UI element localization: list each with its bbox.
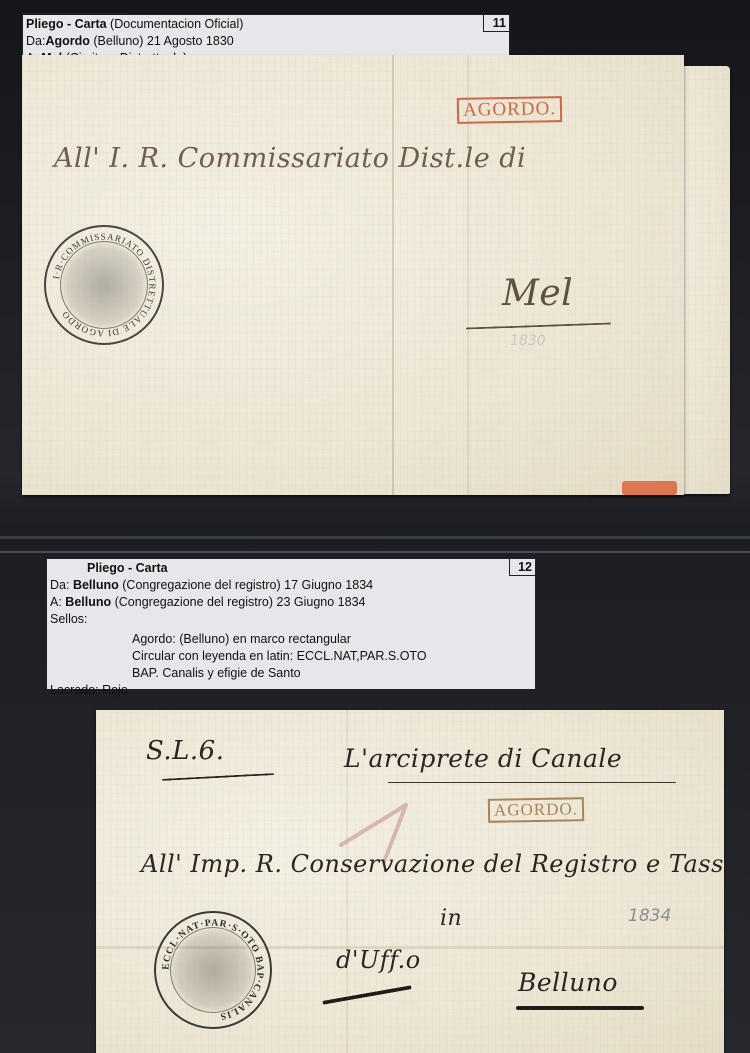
to-place: Belluno [65,595,111,609]
destination: Belluno [518,968,618,997]
from-prefix: Da: [26,34,45,48]
office-underline [322,985,411,1005]
sellos-heading: Sellos: [47,611,535,628]
letter-11: AGORDO. All' I. R. Commissariato Dist.le… [22,55,684,495]
top-left-note: S.L.6. [146,736,225,766]
svg-text:ECCL·NAT·PAR·S·OTO BAP·CANALIS: ECCL·NAT·PAR·S·OTO BAP·CANALIS [160,917,265,1022]
letter-12: S.L.6. L'arciprete di Canale AGORDO. All… [96,710,724,1053]
item-label-12: 12 Pliego - Carta Da: Belluno (Congregaz… [46,558,536,690]
destination: Mel [502,273,573,314]
red-wax-seal-remnant [622,481,677,495]
item-number: 11 [483,15,509,32]
in-word: in [440,906,462,931]
agordo-box-postmark: AGORDO. [488,797,584,823]
sello-item: Circular con leyenda en latin: ECCL.NAT,… [47,648,535,665]
album-strip-divider [0,551,750,553]
sello-item: Agordo: (Belluno) en marco rectangular [47,631,535,648]
svg-text:I·R·COMMISSARIATO DISTRETTUALE: I·R·COMMISSARIATO DISTRETTUALE DI AGORDO [51,232,158,339]
pencil-year: 1834 [628,906,671,926]
from-prefix: Da: [50,578,73,592]
from-detail: (Congregazione del registro) 17 Giugno 1… [119,578,373,592]
from-detail: (Belluno) 21 Agosto 1830 [90,34,234,48]
label-title: Pliego - Carta [87,561,168,575]
seal-legend: I·R·COMMISSARIATO DISTRETTUALE DI AGORDO [46,227,162,343]
from-place: Belluno [73,578,119,592]
label-title: Pliego - Carta [26,17,107,31]
to-prefix: A: [50,595,65,609]
from-place: Agordo [45,34,89,48]
sello-item: BAP. Canalis y efigie de Santo [47,665,535,682]
agordo-box-postmark: AGORDO. [457,96,562,124]
seal-legend: ECCL·NAT·PAR·S·OTO BAP·CANALIS [156,913,270,1027]
pencil-note: 1830 [510,333,546,349]
fold-line [392,55,394,495]
note-underline [162,773,274,781]
label-from-row: Da:Agordo (Belluno) 21 Agosto 1830 [23,33,509,50]
parish-seal: ECCL·NAT·PAR·S·OTO BAP·CANALIS [154,911,272,1029]
label-title-row: Pliego - Carta (Documentacion Oficial) [23,16,509,33]
label-subtitle: (Documentacion Oficial) [107,17,244,31]
sender-line: L'arciprete di Canale [344,744,622,773]
destination-underline [516,1006,644,1010]
office-abbrev: d'Uff.o [336,946,421,974]
album-strip-divider [0,536,750,539]
item-number: 12 [509,559,535,576]
destination-underline [466,322,611,329]
to-detail: (Congregazione del registro) 23 Giugno 1… [111,595,365,609]
official-seal: I·R·COMMISSARIATO DISTRETTUALE DI AGORDO [44,225,164,345]
lacrado-row: Lacrado: Rojo [47,682,535,699]
label-from-row: Da: Belluno (Congregazione del registro)… [47,577,535,594]
address-line: All' I. R. Commissariato Dist.le di [54,143,526,174]
label-title-row: Pliego - Carta [47,560,535,577]
label-to-row: A: Belluno (Congregazione del registro) … [47,594,535,611]
address-line: All' Imp. R. Conservazione del Registro … [141,850,739,878]
sender-underline [388,782,676,783]
